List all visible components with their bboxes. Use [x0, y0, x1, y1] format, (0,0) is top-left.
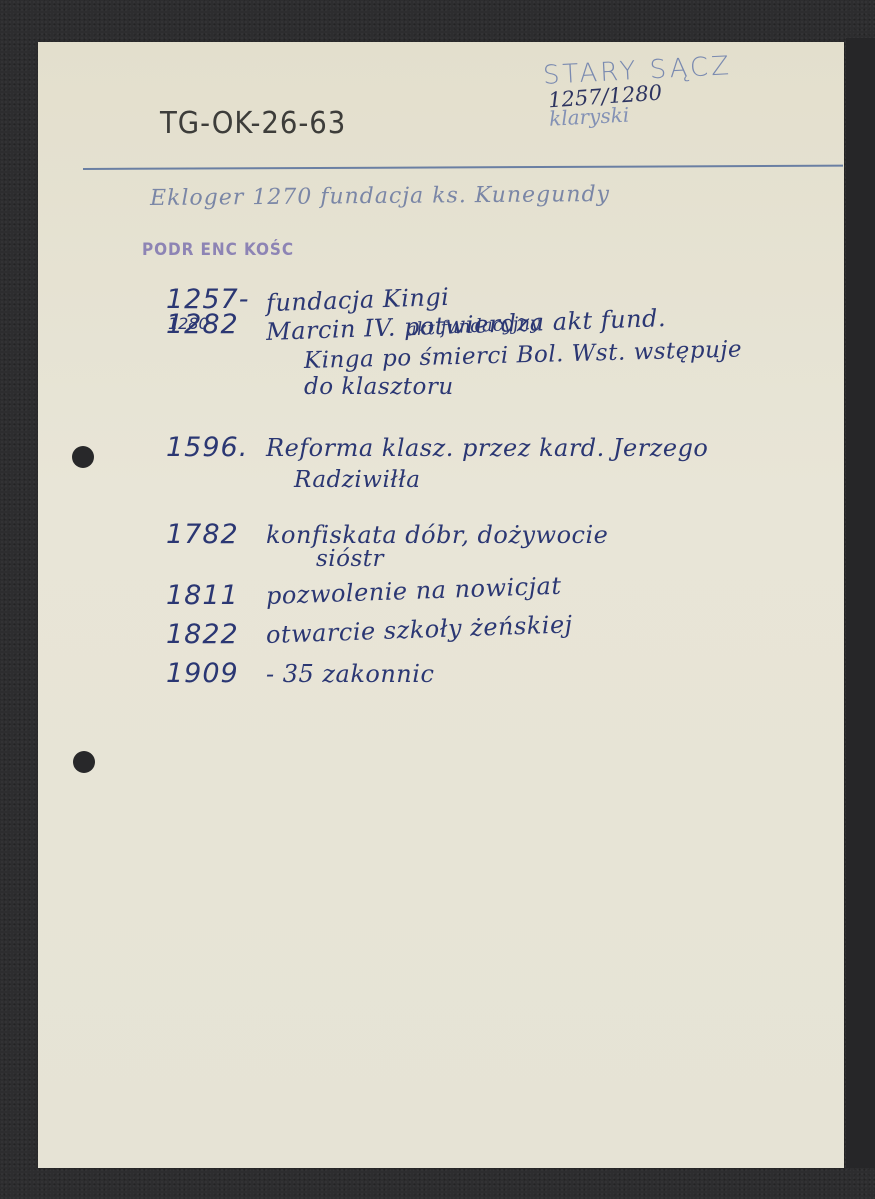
entry-continuation: Radziwiłła [294, 465, 846, 495]
entry-year: 1282 [166, 309, 266, 342]
entry-text: otwarcie szkoły żeńskiej [265, 608, 573, 652]
scanner-edge-strip [846, 38, 875, 1168]
chronology-entry: 1822 otwarcie szkoły żeńskiej [166, 619, 846, 652]
place-header: STARY SĄCZ 1257/1280 klaryski [543, 56, 732, 126]
chronology-entry: 1811 pozwolenie na nowicjat [166, 580, 846, 613]
chronology-entry: 1909 - 35 zakonnic [166, 658, 846, 691]
entry-text: pozwolenie na nowicjat [265, 570, 562, 613]
entry-year: 1811 [166, 580, 266, 613]
entry-year: 1822 [166, 619, 266, 652]
chronology-list: 1257- fundacja Kingi 1280 akt fundacyjny… [166, 270, 846, 621]
archive-card: TG-OK-26-63 STARY SĄCZ 1257/1280 klarysk… [38, 42, 844, 1168]
entry-year: 1782 [166, 519, 266, 552]
entry-text: Reforma klasz. przez kard. Jerzego [266, 432, 708, 465]
entry-year: 1909 [166, 658, 266, 691]
entry-text: - 35 zakonnic [266, 658, 434, 691]
pencil-note: Ekloger 1270 fundacja ks. Kunegundy [150, 182, 610, 211]
entry-year: 1596. [166, 432, 266, 465]
entry-continuation: sióstr [316, 544, 846, 574]
entry-continuation: do klasztoru [304, 372, 846, 402]
chronology-entry: 1596. Reforma klasz. przez kard. Jerzego [166, 432, 846, 465]
source-stamp: PODR ENC KOŚC [142, 240, 294, 260]
catalog-id: TG-OK-26-63 [160, 106, 346, 141]
header-divider [83, 165, 843, 170]
punch-hole-top [72, 446, 94, 468]
punch-hole-bottom [73, 751, 95, 773]
